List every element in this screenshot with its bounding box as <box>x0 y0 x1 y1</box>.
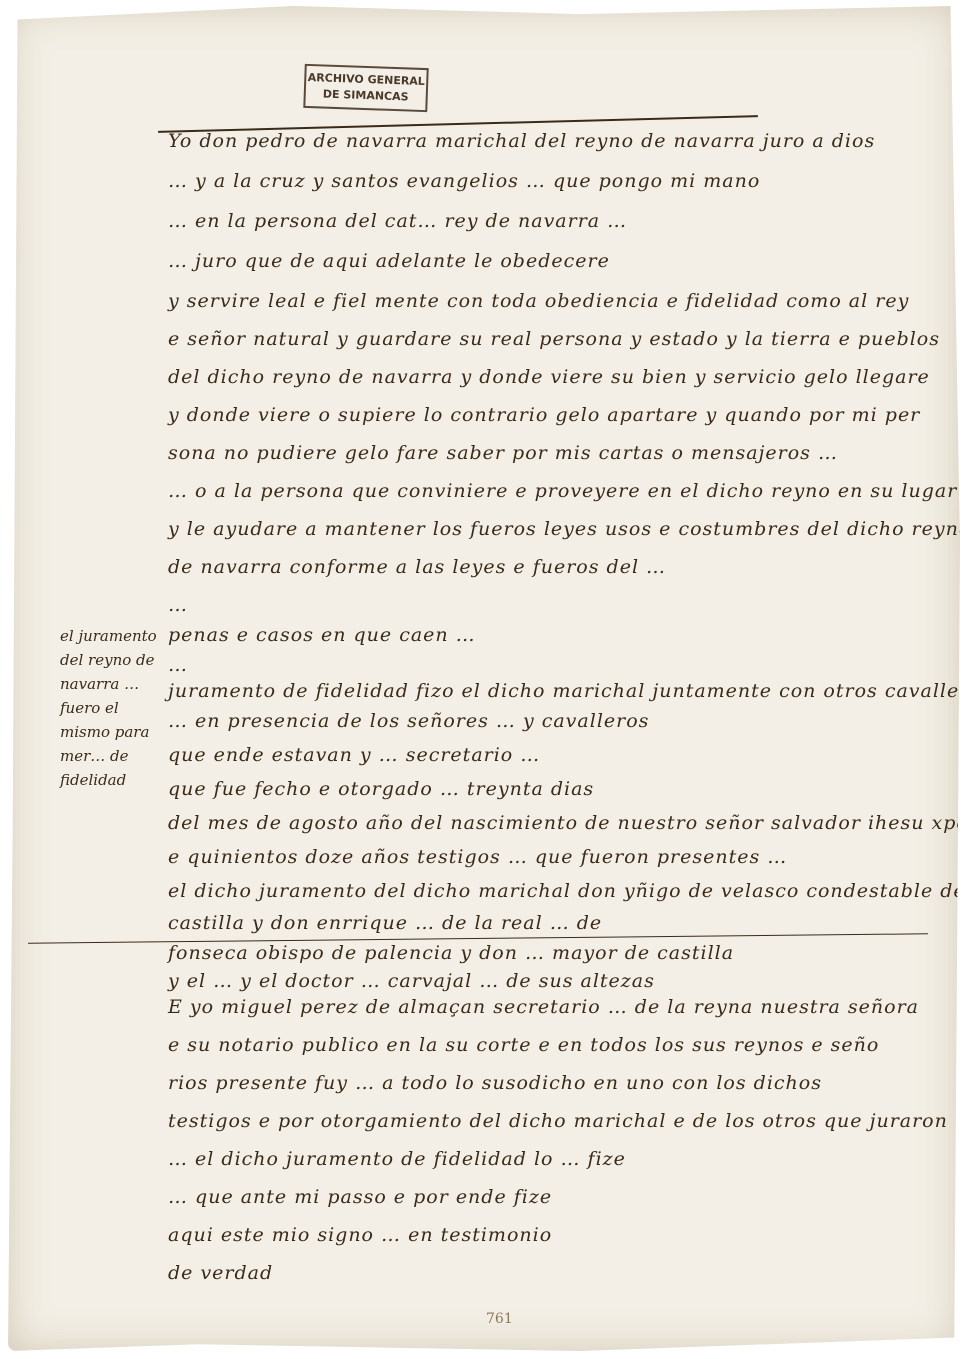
notary-line: e su notario publico en la su corte e en… <box>168 1034 879 1056</box>
notary-line: aqui este mio signo … en testimonio <box>168 1224 552 1246</box>
text-line: … <box>168 594 188 616</box>
text-line: … y a la cruz y santos evangelios … que … <box>168 170 760 192</box>
text-line: el dicho juramento del dicho marichal do… <box>168 880 966 902</box>
text-line: de navarra conforme a las leyes e fueros… <box>168 556 666 578</box>
text-line: … o a la persona que conviniere e provey… <box>168 480 957 502</box>
text-line: del dicho reyno de navarra y donde viere… <box>168 366 930 388</box>
notary-line: … que ante mi passo e por ende fize <box>168 1186 552 1208</box>
text-line: castilla y don enrrique … de la real … d… <box>168 912 602 934</box>
text-line: del mes de agosto año del nascimiento de… <box>168 812 970 834</box>
margin-note: el juramento del reyno de navarra … fuer… <box>60 624 165 792</box>
text-line: … juro que de aqui adelante le obedecere <box>168 250 610 272</box>
text-line: e quinientos doze años testigos … que fu… <box>168 846 787 868</box>
page-number: 761 <box>486 1311 513 1327</box>
text-line: sona no pudiere gelo fare saber por mis … <box>168 442 838 464</box>
text-line: … <box>168 654 188 676</box>
text-line: y el … y el doctor … carvajal … de sus a… <box>168 970 655 992</box>
notary-line: E yo miguel perez de almaçan secretario … <box>168 996 919 1018</box>
text-line: juramento de fidelidad fizo el dicho mar… <box>168 680 970 702</box>
text-line: fonseca obispo de palencia y don … mayor… <box>168 942 734 964</box>
text-line: Yo don pedro de navarra marichal del rey… <box>168 130 875 152</box>
archive-stamp: ARCHIVO GENERAL DE SIMANCAS <box>303 64 428 112</box>
text-line: y le ayudare a mantener los fueros leyes… <box>168 518 970 540</box>
text-line: e señor natural y guardare su real perso… <box>168 328 940 350</box>
text-line: … en presencia de los señores … y cavall… <box>168 710 649 732</box>
text-line: y donde viere o supiere lo contrario gel… <box>168 404 920 426</box>
notary-line: de verdad <box>168 1262 273 1284</box>
text-line: … en la persona del cat… rey de navarra … <box>168 210 627 232</box>
text-line: que fue fecho e otorgado … treynta dias <box>168 778 594 800</box>
notary-line: … el dicho juramento de fidelidad lo … f… <box>168 1148 626 1170</box>
notary-line: testigos e por otorgamiento del dicho ma… <box>168 1110 948 1132</box>
text-line: que ende estavan y … secretario … <box>168 744 540 766</box>
text-line: y servire leal e fiel mente con toda obe… <box>168 290 909 312</box>
notary-line: rios presente fuy … a todo lo susodicho … <box>168 1072 822 1094</box>
manuscript-page: ARCHIVO GENERAL DE SIMANCAS Yo don pedro… <box>8 6 960 1351</box>
stamp-line-2: DE SIMANCAS <box>305 86 425 106</box>
text-line: penas e casos en que caen … <box>168 624 476 646</box>
